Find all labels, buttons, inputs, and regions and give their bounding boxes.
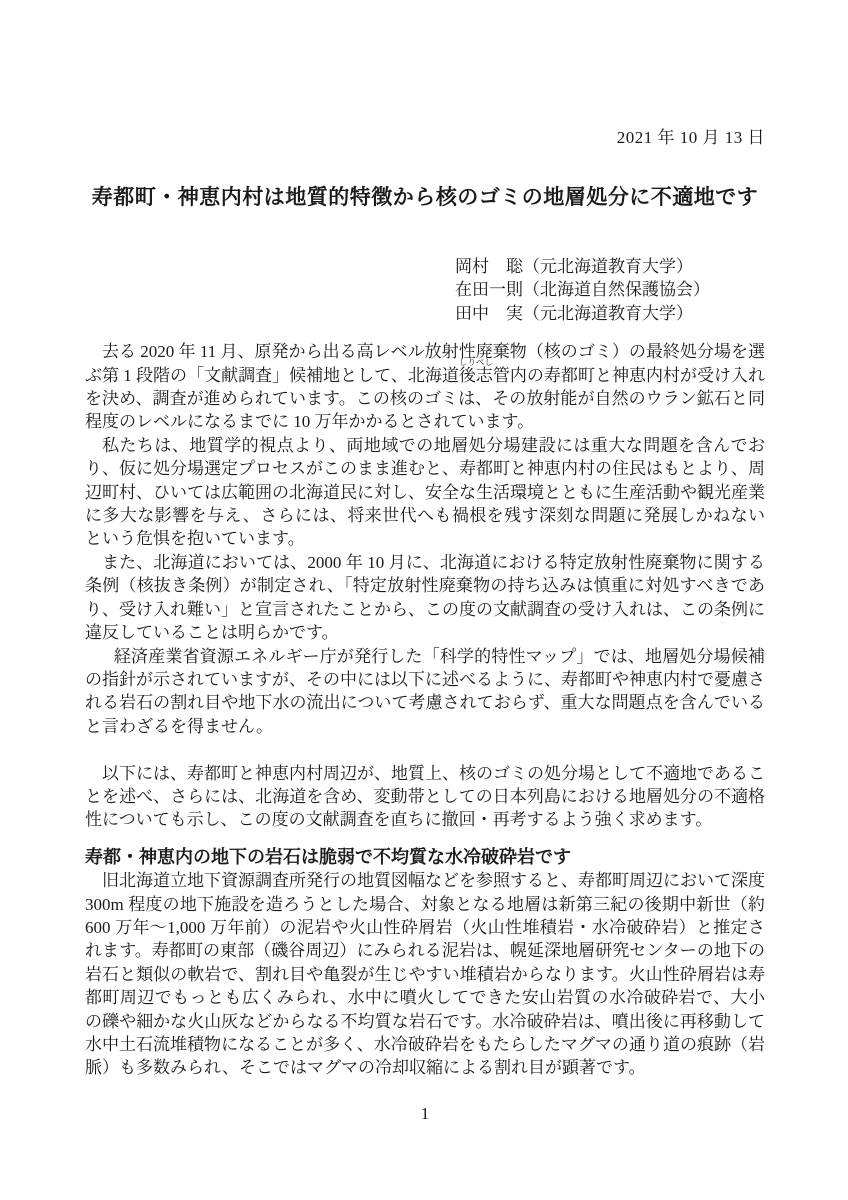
document-date: 2021 年 10 月 13 日 [85, 126, 765, 149]
page-number: 1 [85, 1102, 765, 1125]
document-body: 去る 2020 年 11 月、原発から出る高レベル放射性廃棄物（核のゴミ）の最終… [85, 340, 765, 1080]
author-block: 岡村 聡（元北海道教育大学） 在田一則（北海道自然保護協会） 田中 実（元北海道… [85, 255, 765, 325]
ruby-base-shiribeshi: 後志 [459, 366, 493, 385]
paragraph-section1-body: 旧北海道立地下資源調査所発行の地質図幅などを参照すると、寿都町周辺において深度 … [85, 869, 765, 1080]
paragraph-demand-withdrawal: 以下には、寿都町と神恵内村周辺が、地質上、核のゴミの処分場として不適地であること… [85, 762, 765, 832]
author-line-3: 田中 実（元北海道教育大学） [455, 302, 765, 325]
paragraph-geological-concern: 私たちは、地質学的視点より、両地域での地層処分場建設には重大な問題を含んでおり、… [85, 434, 765, 551]
ruby-annotated-word: しりべし後志 [459, 366, 493, 385]
document-page: 2021 年 10 月 13 日 寿都町・神恵内村は地質的特徴から核のゴミの地層… [0, 0, 848, 1200]
paragraph-meti-map: 経済産業省資源エネルギー庁が発行した「科学的特性マップ」では、地層処分場候補の指… [85, 645, 765, 739]
author-line-1: 岡村 聡（元北海道教育大学） [455, 255, 765, 278]
author-line-2: 在田一則（北海道自然保護協会） [455, 278, 765, 301]
paragraph-intro: 去る 2020 年 11 月、原発から出る高レベル放射性廃棄物（核のゴミ）の最終… [85, 340, 765, 434]
section-heading-hyaloclastite: 寿都・神恵内の地下の岩石は脆弱で不均質な水冷破砕岩です [85, 846, 765, 869]
document-title: 寿都町・神恵内村は地質的特徴から核のゴミの地層処分に不適地です [85, 183, 765, 213]
paragraph-hokkaido-ordinance: また、北海道においては、2000 年 10 月に、北海道における特定放射性廃棄物… [85, 551, 765, 645]
furigana-shiribeshi: しりべし [459, 358, 493, 367]
